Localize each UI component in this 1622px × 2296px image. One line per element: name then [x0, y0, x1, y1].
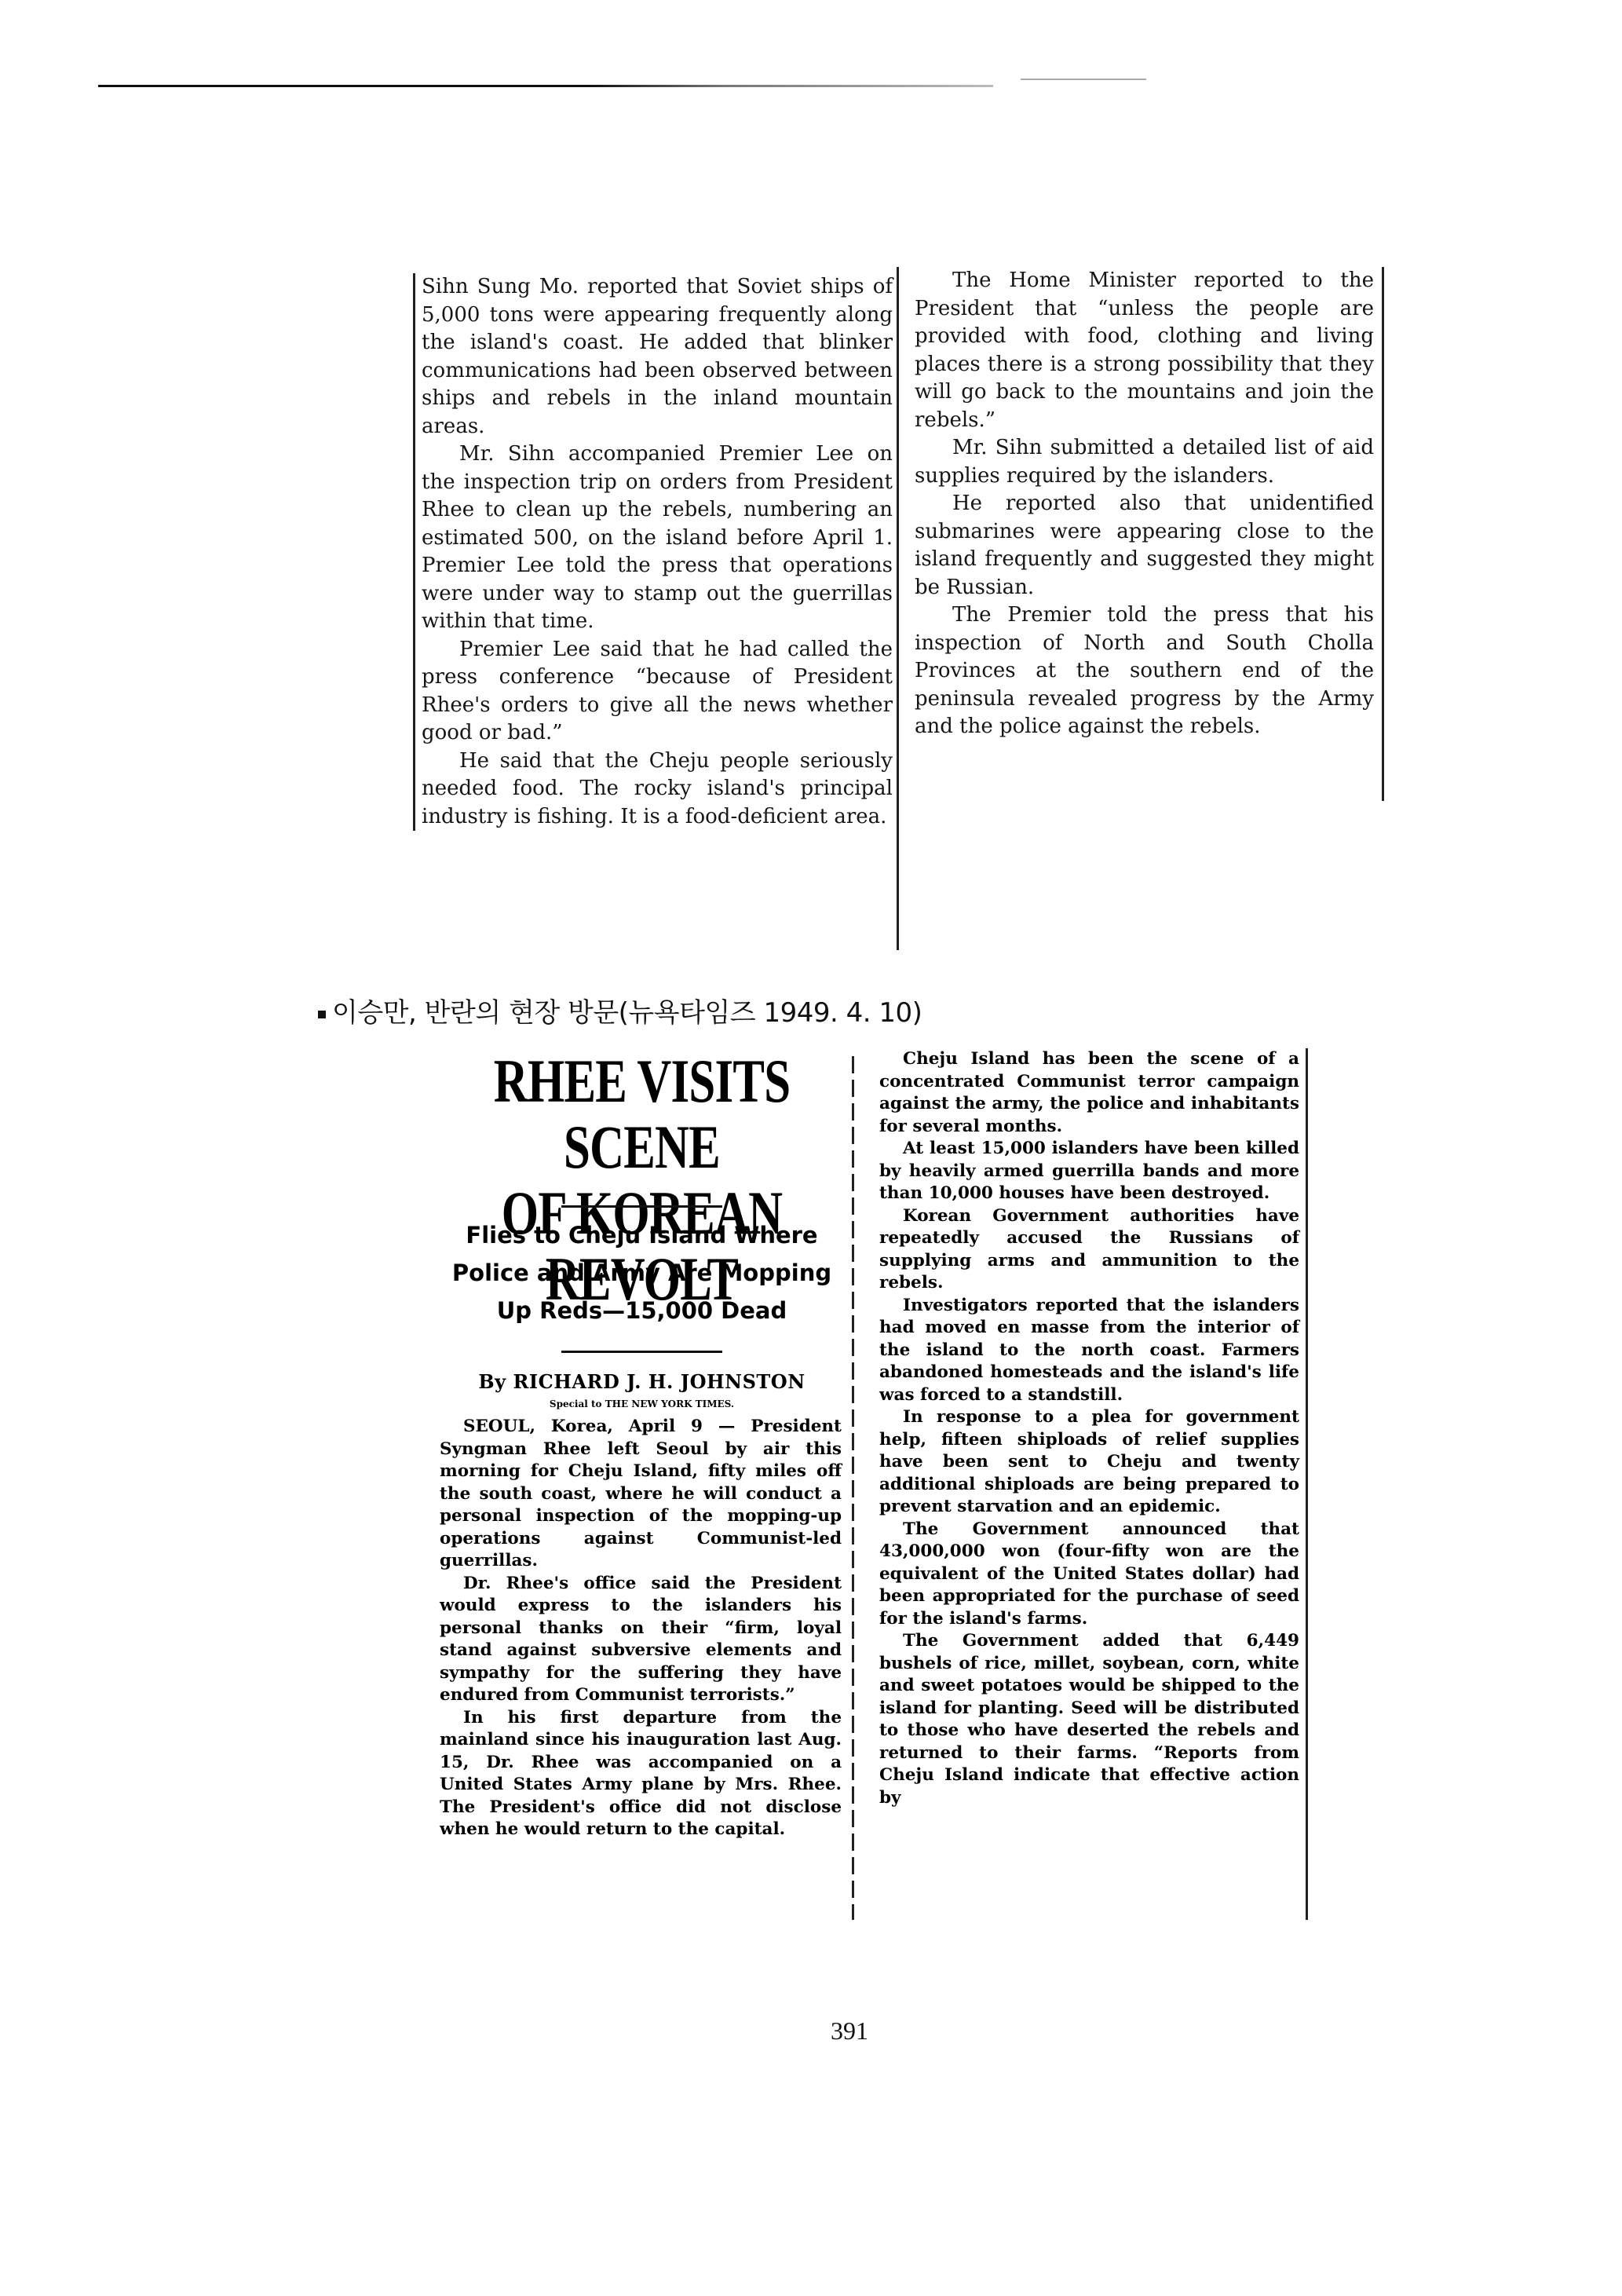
column-rule: [852, 1056, 854, 1920]
paragraph: Korean Government authorities have repea…: [879, 1205, 1299, 1295]
paragraph: Sihn Sung Mo. reported that Soviet ships…: [422, 273, 893, 441]
caption-text: 이승만, 반란의 현장 방문(뉴욕타임즈 1949. 4. 10): [332, 997, 922, 1029]
section-caption: 이승만, 반란의 현장 방문(뉴욕타임즈 1949. 4. 10): [318, 991, 922, 1029]
column-rule: [1382, 267, 1384, 801]
divider: [561, 1351, 722, 1353]
byline: By RICHARD J. H. JOHNSTON: [440, 1370, 844, 1393]
column-rule: [897, 267, 899, 950]
article-column-2: Cheju Island has been the scene of a con…: [879, 1048, 1299, 1809]
subheadline: Flies to Cheju Island Where Police and A…: [440, 1216, 844, 1329]
clipping-column-a: Sihn Sung Mo. reported that Soviet ships…: [413, 273, 893, 831]
paragraph: At least 15,000 islanders have been kill…: [879, 1138, 1299, 1205]
paragraph: The Home Minister reported to the Presid…: [915, 267, 1374, 434]
column-rule: [1306, 1048, 1308, 1920]
header-rule: [98, 85, 993, 87]
page-number: 391: [831, 2016, 868, 2046]
dateline-credit: Special to THE NEW YORK TIMES.: [440, 1398, 844, 1409]
paragraph: Premier Lee said that he had called the …: [422, 636, 893, 748]
paragraph: Cheju Island has been the scene of a con…: [879, 1048, 1299, 1138]
paragraph: He reported also that unidentified subma…: [915, 490, 1374, 601]
paragraph: In response to a plea for government hel…: [879, 1406, 1299, 1519]
article-column-1: SEOUL, Korea, April 9 — President Syngma…: [440, 1416, 842, 1841]
paragraph: Investigators reported that the islander…: [879, 1295, 1299, 1407]
headline-line-1: RHEE VISITS SCENE: [484, 1048, 800, 1180]
bullet-icon: [318, 1011, 326, 1018]
paragraph: The Government added that 6,449 bushels …: [879, 1630, 1299, 1809]
top-news-clipping: Sihn Sung Mo. reported that Soviet ships…: [408, 267, 1390, 958]
clipping-column-b: The Home Minister reported to the Presid…: [915, 267, 1374, 741]
paragraph: SEOUL, Korea, April 9 — President Syngma…: [440, 1416, 842, 1573]
paragraph: Dr. Rhee's office said the President wou…: [440, 1573, 842, 1707]
header-rule-faint: [1021, 79, 1146, 80]
paragraph: The Premier told the press that his insp…: [915, 601, 1374, 741]
paragraph: Mr. Sihn submitted a detailed list of ai…: [915, 434, 1374, 490]
divider: [561, 1205, 722, 1208]
paragraph: The Government announced that 43,000,000…: [879, 1519, 1299, 1631]
paragraph: In his first departure from the mainland…: [440, 1707, 842, 1841]
paragraph: Mr. Sihn accompanied Premier Lee on the …: [422, 441, 893, 636]
paragraph: He said that the Cheju people seriously …: [422, 748, 893, 832]
nyt-article-clipping: RHEE VISITS SCENE OF KOREAN REVOLT Flies…: [440, 1048, 1311, 1928]
